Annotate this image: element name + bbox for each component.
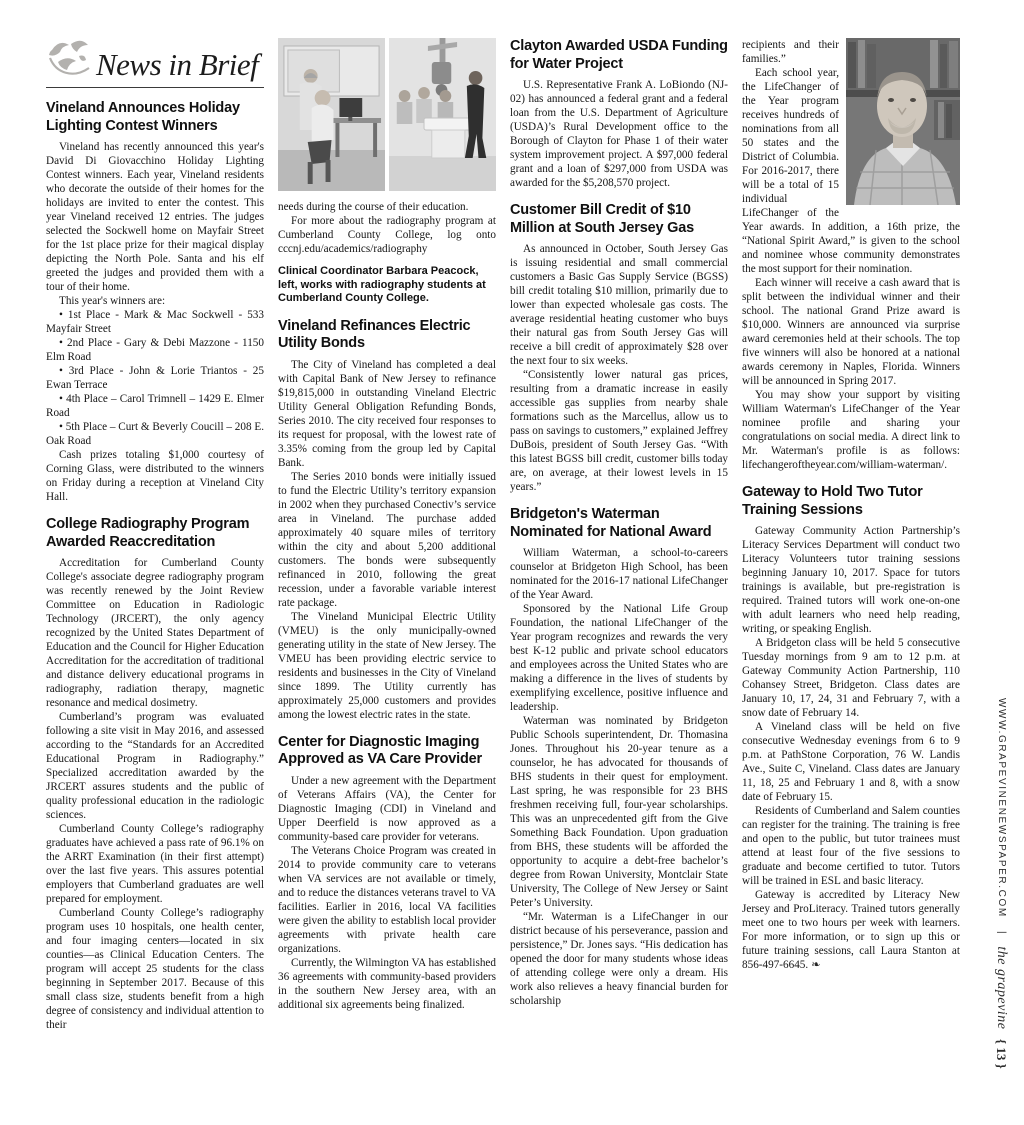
- article-title-radiography: College Radiography Program Awarded Reac…: [46, 516, 264, 551]
- page-edge-strip: WWW.GRAPEVINENEWSPAPER.COM | the grapevi…: [992, 698, 1010, 1069]
- body-paragraph: The Vineland Municipal Electric Utility …: [278, 610, 496, 722]
- publication-name: the grapevine: [994, 946, 1009, 1029]
- masthead-title: News in Brief: [96, 49, 258, 80]
- body-paragraph: Gateway Community Action Partnership’s L…: [742, 524, 960, 636]
- body-paragraph: Sponsored by the National Life Group Fou…: [510, 602, 728, 714]
- article-title-holiday-lighting: Vineland Announces Holiday Lighting Cont…: [46, 100, 264, 135]
- body-paragraph: For more about the radiography program a…: [278, 214, 496, 256]
- winner-list-item: • 1st Place - Mark & Mac Sockwell - 533 …: [46, 308, 264, 336]
- article-title-clayton-usda: Clayton Awarded USDA Funding for Water P…: [510, 38, 728, 73]
- body-paragraph: The Veterans Choice Program was created …: [278, 844, 496, 956]
- body-paragraph: Under a new agreement with the Departmen…: [278, 774, 496, 844]
- website-url: WWW.GRAPEVINENEWSPAPER.COM: [996, 698, 1007, 918]
- masthead: News in Brief: [46, 38, 264, 88]
- body-paragraph: U.S. Representative Frank A. LoBiondo (N…: [510, 78, 728, 190]
- body-paragraph: “Mr. Waterman is a LifeChanger in our di…: [510, 910, 728, 1008]
- body-paragraph: Residents of Cumberland and Salem counti…: [742, 804, 960, 888]
- body-paragraph: Cumberland’s program was evaluated follo…: [46, 710, 264, 822]
- radiography-photo-xray-room: [389, 38, 496, 191]
- winner-list-item: • 4th Place – Carol Trimnell – 1429 E. E…: [46, 392, 264, 420]
- article-title-bill-credit: Customer Bill Credit of $10 Million at S…: [510, 202, 728, 237]
- body-paragraph-continuation: needs during the course of their educati…: [278, 200, 496, 214]
- waterman-headshot-photo: [846, 38, 960, 205]
- page-number: { 13 }: [994, 1039, 1009, 1069]
- body-paragraph: A Vineland class will be held on five co…: [742, 720, 960, 804]
- body-paragraph: “Consistently lower natural gas prices, …: [510, 368, 728, 494]
- column-4: recipients and their families.” Each sch…: [742, 38, 960, 1032]
- column-2: needs during the course of their educati…: [278, 38, 496, 1032]
- body-paragraph: The Series 2010 bonds were initially iss…: [278, 470, 496, 610]
- body-paragraph-text: Gateway is accredited by Literacy New Je…: [742, 889, 960, 971]
- article-title-waterman: Bridgeton's Waterman Nominated for Natio…: [510, 506, 728, 541]
- body-paragraph: Gateway is accredited by Literacy New Je…: [742, 888, 960, 972]
- body-paragraph: As announced in October, South Jersey Ga…: [510, 242, 728, 368]
- body-paragraph: Each winner will receive a cash award th…: [742, 276, 960, 388]
- body-paragraph: Cash prizes totaling $1,000 courtesy of …: [46, 448, 264, 504]
- winner-list-item: • 5th Place – Curt & Beverly Coucill – 2…: [46, 420, 264, 448]
- article-title-utility-bonds: Vineland Refinances Electric Utility Bon…: [278, 318, 496, 353]
- body-paragraph: You may show your support by visiting Wi…: [742, 388, 960, 472]
- article-title-cdi-va: Center for Diagnostic Imaging Approved a…: [278, 734, 496, 769]
- separator: |: [996, 931, 1007, 934]
- body-paragraph: This year's winners are:: [46, 294, 264, 308]
- body-paragraph: Currently, the Wilmington VA has establi…: [278, 956, 496, 1012]
- body-paragraph: Cumberland County College’s radiography …: [46, 822, 264, 906]
- body-paragraph: Cumberland County College’s radiography …: [46, 906, 264, 1032]
- column-1: News in Brief Vineland Announces Holiday…: [46, 38, 264, 1032]
- body-paragraph: Accreditation for Cumberland County Coll…: [46, 556, 264, 710]
- body-paragraph: Vineland has recently announced this yea…: [46, 140, 264, 294]
- radiography-photos: [278, 38, 496, 191]
- body-paragraph: The City of Vineland has completed a dea…: [278, 358, 496, 470]
- article-title-gateway-tutor: Gateway to Hold Two Tutor Training Sessi…: [742, 484, 960, 519]
- newspaper-page: News in Brief Vineland Announces Holiday…: [46, 38, 960, 1032]
- radiography-photo-computer-training: [278, 38, 385, 191]
- winner-list-item: • 2nd Place - Gary & Debi Mazzone - 1150…: [46, 336, 264, 364]
- end-mark-icon: ❧: [811, 959, 820, 971]
- grapevine-ornament-icon: [46, 38, 92, 80]
- column-3: Clayton Awarded USDA Funding for Water P…: [510, 38, 728, 1032]
- photo-caption: Clinical Coordinator Barbara Peacock, le…: [278, 265, 496, 306]
- body-paragraph: Waterman was nominated by Bridgeton Publ…: [510, 714, 728, 910]
- body-paragraph: A Bridgeton class will be held 5 consecu…: [742, 636, 960, 720]
- winner-list-item: • 3rd Place - John & Lorie Triantos - 25…: [46, 364, 264, 392]
- body-paragraph: William Waterman, a school-to-careers co…: [510, 546, 728, 602]
